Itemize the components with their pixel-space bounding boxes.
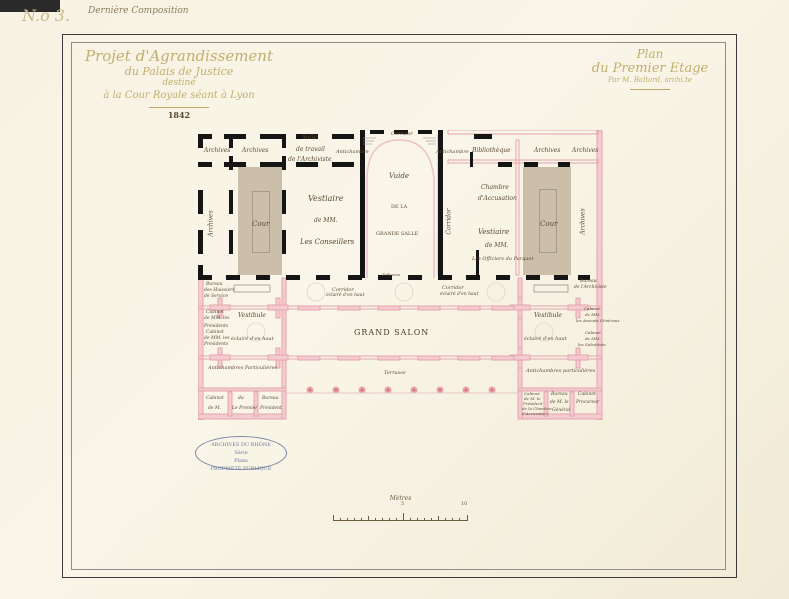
label-cabinet-substituts-1: Cabinet <box>585 330 601 335</box>
title-rule <box>149 107 209 108</box>
label-chambre-1: Chambre <box>481 184 509 191</box>
plan-line-3: Par M. Baltard, archi.te <box>590 76 710 85</box>
title-year: 1842 <box>84 110 274 120</box>
stamp-line-4: PROPRIÉTÉ PUBLIQUE <box>196 465 286 473</box>
label-cabinet-pp-1: Cabinet <box>206 396 224 401</box>
label-antichambre-left: Antichambre <box>336 149 369 155</box>
label-cour-left: Cour <box>252 220 269 228</box>
label-terrasse: Terrasse <box>384 370 406 376</box>
label-cabinet-chambre-5: d'Accusation <box>522 411 548 416</box>
scale-end-label: 10 <box>461 501 467 507</box>
label-archives-3: Archives <box>534 147 560 154</box>
stamp-line-2: Série <box>196 449 286 457</box>
sheet-note: Dernière Composition <box>88 6 189 16</box>
label-archives-2: Archives <box>242 147 268 154</box>
label-grand-salon: GRAND SALON <box>354 328 429 337</box>
label-salle-travail-2: de travail <box>296 146 325 153</box>
label-cabinet-presidents-2: de MM. les <box>204 316 229 321</box>
label-cabinet-substituts-2: de MM. <box>585 336 601 341</box>
label-vestiaire-left-2: de MM. <box>314 217 338 224</box>
label-cabinet-substituts-3: les Substituts <box>578 342 606 347</box>
label-vestibule-right: Vestibule <box>534 312 562 319</box>
title-line-2: du Palais de Justice <box>84 65 274 78</box>
title-line-1: Projet d'Agrandissement <box>84 48 274 65</box>
label-vestiaire-right-1: Vestiaire <box>478 228 509 236</box>
sheet-number: N.o 3. <box>22 6 70 25</box>
label-eclaire-left: éclairé d'en haut <box>231 336 274 342</box>
label-secretariat-1: du <box>238 396 244 401</box>
label-cabinet-procureur-2: Procureur <box>576 400 599 405</box>
label-bureau-pg-2: de M. le <box>550 400 569 405</box>
label-salle-travail-3: de l'Archiviste <box>288 156 332 163</box>
title-line-4: à la Cour Royale séant à Lyon <box>84 89 274 103</box>
label-bureau-archiviste-2: de l'Archiviste <box>574 285 607 290</box>
label-vestibule-left: Vestibule <box>238 312 266 319</box>
label-corridor-left-2: éclairé d'en haut <box>326 293 364 298</box>
label-bureau-huissiers-3: de Service <box>204 294 228 299</box>
plan-line-2: du Premier Etage <box>590 61 710 76</box>
label-corridor-top: Corridor <box>391 131 413 137</box>
label-bureau-pp-1: Bureau <box>262 396 279 401</box>
drawing-sheet: N.o 3. Dernière Composition Projet d'Agr… <box>0 0 789 599</box>
label-corridor-vertical: Corridor <box>446 208 453 234</box>
label-vuide-2: DE LA <box>391 204 407 210</box>
label-antichambres-left: Antichambres Particulières <box>208 365 277 371</box>
label-cabinet-presidents-b-3: Présidents <box>204 342 228 347</box>
stamp-line-1: ARCHIVES DU RHÔNE <box>196 441 286 449</box>
label-bureau-archiviste-1: Bureau <box>580 279 597 284</box>
label-archives-1: Archives <box>204 147 230 154</box>
title-line-3: destiné <box>84 78 274 89</box>
label-salle-travail-1: Salle <box>302 134 317 141</box>
label-archives-right: Archives <box>580 208 587 234</box>
title-block: Projet d'Agrandissement du Palais de Jus… <box>84 48 274 120</box>
label-vestiaire-left-1: Vestiaire <box>308 194 344 203</box>
archive-stamp: ARCHIVES DU RHÔNE Série Plans PROPRIÉTÉ … <box>195 436 287 470</box>
label-corridor-right-2: éclairé d'en haut <box>440 292 478 297</box>
label-cabinet-presidents-3: Présidents <box>204 324 228 329</box>
label-cabinet-procureur-1: Cabinet <box>578 392 596 397</box>
label-cabinet-presidents-b-2: de MM. les <box>204 336 229 341</box>
label-cabinet-avocats-2: de MM. <box>585 312 601 317</box>
label-vestiaire-right-2: de MM. <box>485 242 509 249</box>
label-antichambres-right: Antichambres particulières <box>526 368 595 374</box>
label-antichambre-right: Antichambre <box>436 149 469 155</box>
label-cour-right: Cour <box>540 220 557 228</box>
label-vestiaire-left-3: Les Conseillers <box>300 238 354 246</box>
plan-rule <box>630 89 670 90</box>
floor-plan: Archives Archives Salle de travail de l'… <box>198 130 604 420</box>
label-cabinet-pp-2: de M. <box>208 406 221 411</box>
label-cabinet-avocats-1: Cabinet <box>584 306 600 311</box>
label-bureau-pp-2: Président <box>260 406 282 411</box>
label-vestiaire-right-3: Les Officiers du Parquet <box>472 256 534 262</box>
label-corridor-right-1: Corridor <box>442 285 464 291</box>
label-cabinet-presidents-1: Cabinet <box>206 310 224 315</box>
stamp-line-3: Plans <box>196 457 286 465</box>
scale-ruler: 5 10 <box>333 510 468 521</box>
label-cabinet-presidents-b-1: Cabinet <box>206 330 224 335</box>
label-cabinet-avocats-3: les Avocats Généraux <box>576 318 620 323</box>
label-archives-4: Archives <box>572 147 598 154</box>
plan-title-block: Plan du Premier Etage Par M. Baltard, ar… <box>590 48 710 92</box>
label-bureau-huissiers-2: des Huissiers <box>204 288 235 293</box>
label-vuide-1: Vuide <box>389 172 409 180</box>
label-vuide-3: GRANDE SALLE <box>376 231 418 237</box>
label-bureau-pg-1: Bureau <box>551 392 568 397</box>
label-chambre-2: d'Accusation <box>478 195 517 202</box>
label-secretariat-2: Le Premier <box>232 406 257 411</box>
label-bureau-pg-3: Général <box>552 408 570 413</box>
plan-line-1: Plan <box>590 48 710 61</box>
label-bureau-huissiers-1: Bureau <box>206 282 223 287</box>
label-bibliotheque: Bibliothèque <box>472 147 511 154</box>
label-tribunes: Tribunes <box>382 272 400 277</box>
scale-mid-label: 5 <box>401 501 404 507</box>
scale-bar: Mètres 5 10 <box>333 495 468 521</box>
label-eclaire-right: éclairé d'en haut <box>524 336 567 342</box>
label-archives-left: Archives <box>208 210 215 236</box>
